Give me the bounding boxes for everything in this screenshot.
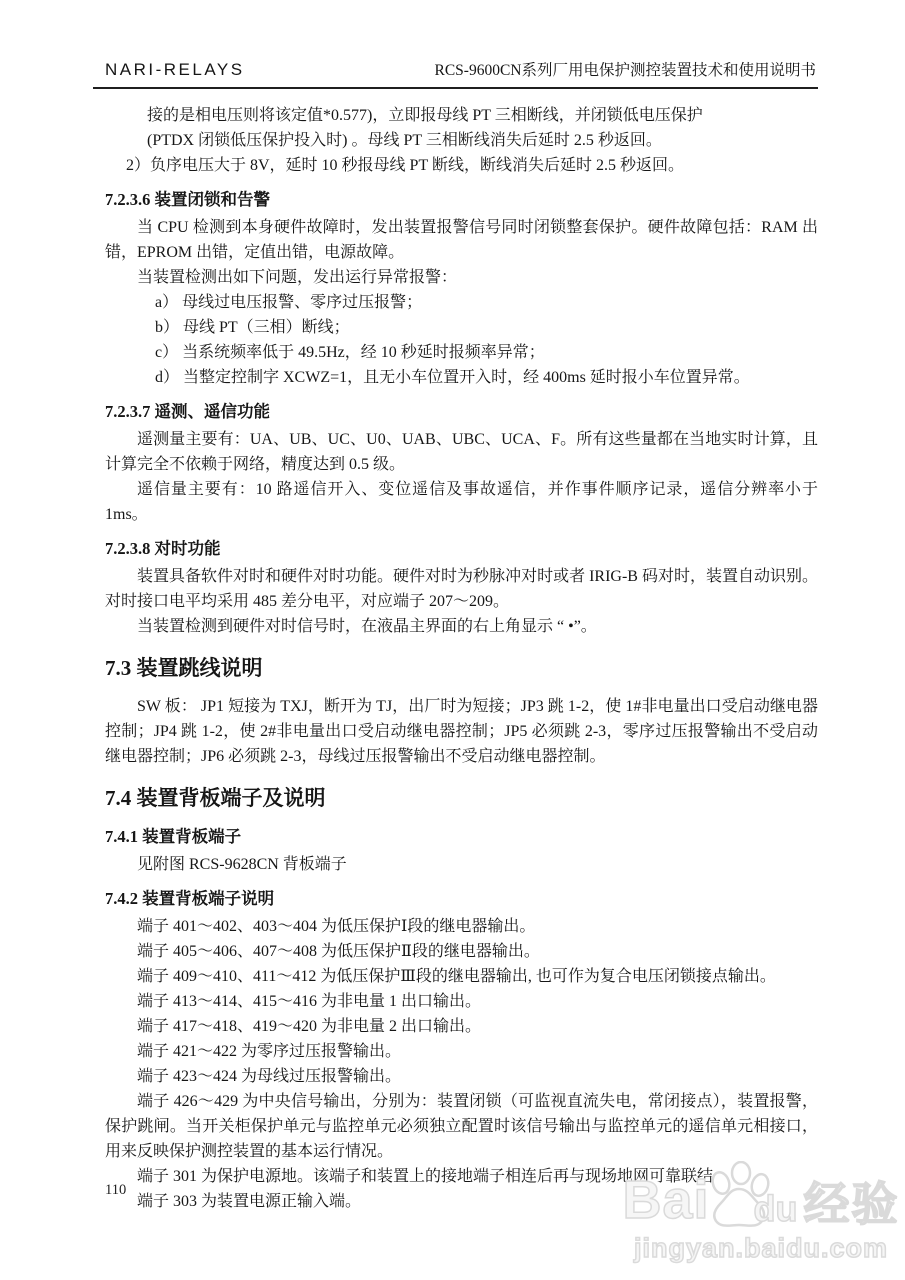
brand-name: NARI-RELAYS: [105, 60, 245, 80]
section-heading: 7.3 装置跳线说明: [105, 656, 818, 681]
paragraph: 端子 421～422 为零序过压报警输出。: [105, 1039, 818, 1064]
page-number: 110: [105, 1182, 126, 1199]
watermark-url: jingyan.baidu.com: [621, 1235, 901, 1262]
paragraph: 端子 426～429 为中央信号输出，分别为：装置闭锁（可监视直流失电，常闭接点…: [105, 1089, 818, 1164]
manual-page: NARI-RELAYS RCS-9600CN系列厂用电保护测控装置技术和使用说明…: [0, 0, 905, 1280]
paragraph: 端子 401～402、403～404 为低压保护Ⅰ段的继电器输出。: [105, 914, 818, 939]
paragraph: 当装置检测到硬件对时信号时，在液晶主界面的右上角显示 “ •”。: [105, 614, 818, 639]
watermark-text-bai: Bai: [622, 1173, 709, 1227]
list-item: c） 当系统频率低于 49.5Hz，经 10 秒延时报频率异常；: [155, 340, 818, 365]
watermark-text-du: du: [754, 1191, 798, 1227]
paragraph: 遥测量主要有：UA、UB、UC、U0、UAB、UBC、UCA、F。所有这些量都在…: [105, 427, 818, 477]
paragraph: 装置具备软件对时和硬件对时功能。硬件对时为秒脉冲对时或者 IRIG-B 码对时，…: [105, 564, 818, 614]
paragraph: 端子 417～418、419～420 为非电量 2 出口输出。: [105, 1014, 818, 1039]
list-item: 2）负序电压大于 8V，延时 10 秒报母线 PT 断线，断线消失后延时 2.5…: [126, 153, 818, 178]
paragraph: 端子 423～424 为母线过压报警输出。: [105, 1064, 818, 1089]
list-item: a） 母线过电压报警、零序过压报警；: [155, 290, 818, 315]
section-heading: 7.2.3.6 装置闭锁和告警: [105, 187, 818, 212]
list-item: b） 母线 PT（三相）断线；: [155, 315, 818, 340]
paragraph: 当 CPU 检测到本身硬件故障时，发出装置报警信号同时闭锁整套保护。硬件故障包括…: [105, 215, 818, 265]
baidu-watermark: Bai du 经验 jingyan.baidu.com: [621, 1161, 901, 1262]
watermark-logo: Bai du 经验: [621, 1161, 901, 1227]
paragraph: 遥信量主要有：10 路遥信开入、变位遥信及事故遥信，并作事件顺序记录，遥信分辨率…: [105, 477, 818, 527]
document-body: 接的是相电压则将该定值*0.577)，立即报母线 PT 三相断线，并闭锁低电压保…: [93, 89, 818, 1214]
document-title: RCS-9600CN系列厂用电保护测控装置技术和使用说明书: [435, 58, 817, 80]
paragraph: 端子 409～410、411～412 为低压保护Ⅲ段的继电器输出, 也可作为复合…: [105, 964, 818, 989]
section-heading: 7.4.2 装置背板端子说明: [105, 886, 818, 911]
paragraph: 端子 413～414、415～416 为非电量 1 出口输出。: [105, 989, 818, 1014]
paragraph: 当装置检测出如下问题，发出运行异常报警：: [105, 265, 818, 290]
paragraph: (PTDX 闭锁低压保护投入时) 。母线 PT 三相断线消失后延时 2.5 秒返…: [147, 128, 818, 153]
section-heading: 7.4 装置背板端子及说明: [105, 786, 818, 811]
paragraph: 接的是相电压则将该定值*0.577)，立即报母线 PT 三相断线，并闭锁低电压保…: [147, 103, 818, 128]
section-heading: 7.2.3.8 对时功能: [105, 536, 818, 561]
watermark-text-jingyan: 经验: [804, 1181, 900, 1227]
section-heading: 7.2.3.7 遥测、遥信功能: [105, 399, 818, 424]
paragraph: 端子 405～406、407～408 为低压保护Ⅱ段的继电器输出。: [105, 939, 818, 964]
section-heading: 7.4.1 装置背板端子: [105, 824, 818, 849]
paragraph: 见附图 RCS-9628CN 背板端子: [105, 852, 818, 877]
page-header: NARI-RELAYS RCS-9600CN系列厂用电保护测控装置技术和使用说明…: [93, 58, 818, 89]
list-item: d） 当整定控制字 XCWZ=1，且无小车位置开入时，经 400ms 延时报小车…: [155, 365, 818, 390]
paragraph: SW 板： JP1 短接为 TXJ，断开为 TJ，出厂时为短接；JP3 跳 1-…: [105, 694, 818, 769]
